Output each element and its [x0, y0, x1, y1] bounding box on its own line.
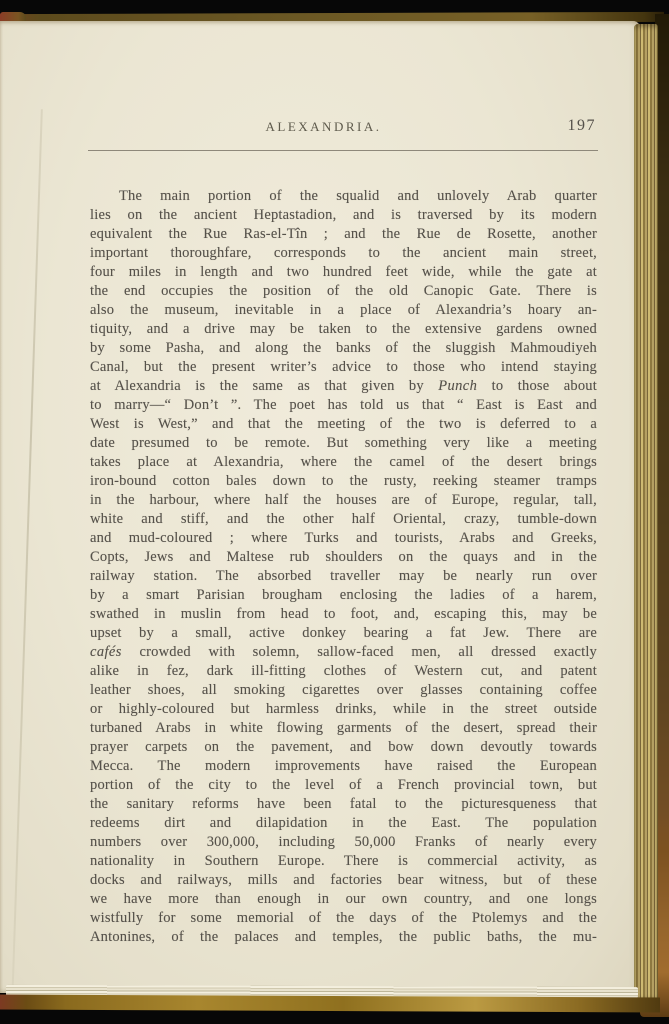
- text-line: Mecca. The modern improvements have rais…: [90, 757, 597, 776]
- text-line: in the harbour, where half the houses ar…: [90, 491, 597, 510]
- text-line: nationality in Southern Europe. There is…: [90, 852, 597, 871]
- page-crease-line: [11, 109, 43, 1005]
- text-line: iron-bound cotton bales down to the rust…: [90, 472, 597, 491]
- text-line: at Alexandria is the same as that given …: [90, 377, 597, 396]
- text-line: the sanitary reforms have been fatal to …: [90, 795, 597, 814]
- text-line: and mud-coloured ; where Turks and touri…: [90, 529, 597, 548]
- text-line: leather shoes, all smoking cigarettes ov…: [90, 681, 597, 700]
- text-line: Canal, but the present writer’s advice t…: [90, 358, 597, 377]
- text-line: Copts, Jews and Maltese rub shoulders on…: [90, 548, 597, 567]
- text-line: Antonines, of the palaces and temples, t…: [90, 928, 597, 947]
- text-line: docks and railways, mills and factories …: [90, 871, 597, 890]
- text-line: or highly-coloured but harmless drinks, …: [90, 700, 597, 719]
- text-line: the end occupies the position of the old…: [90, 282, 597, 301]
- chapter-running-title: ALEXANDRIA.: [70, 119, 577, 135]
- text-line: four miles in length and two hundred fee…: [90, 263, 597, 282]
- text-line: we have more than enough in our own coun…: [90, 890, 597, 909]
- text-line: white and stiff, and the other half Orie…: [90, 510, 597, 529]
- text-line: equivalent the Rue Ras-el-Tîn ; and the …: [90, 225, 597, 244]
- running-header: ALEXANDRIA. 197: [90, 117, 597, 141]
- text-line: date presumed to be remote. But somethin…: [90, 434, 597, 453]
- header-rule: [88, 150, 598, 151]
- text-line: takes place at Alexandria, where the cam…: [90, 453, 597, 472]
- text-line: turbaned Arabs in white flowing garments…: [90, 719, 597, 738]
- text-line: numbers over 300,000, including 50,000 F…: [90, 833, 597, 852]
- text-line: cafés crowded with solemn, sallow-faced …: [90, 643, 597, 662]
- text-line: also the museum, inevitable in a place o…: [90, 301, 597, 320]
- page-content: ALEXANDRIA. 197 The main portion of the …: [90, 117, 597, 947]
- text-line: upset by a small, active donkey bearing …: [90, 624, 597, 643]
- book-fore-edge-pages: [634, 24, 658, 1002]
- text-line: alike in fez, dark ill-fitting clothes o…: [90, 662, 597, 681]
- text-line: by some Pasha, and along the banks of th…: [90, 339, 597, 358]
- page-text: The main portion of the squalid and unlo…: [90, 187, 597, 947]
- text-line: by a smart Parisian brougham enclosing t…: [90, 586, 597, 605]
- text-line: lies on the ancient Heptastadion, and is…: [90, 206, 597, 225]
- book-page: ALEXANDRIA. 197 The main portion of the …: [0, 21, 640, 993]
- page-number: 197: [568, 117, 597, 135]
- text-line: tiquity, and a drive may be taken to the…: [90, 320, 597, 339]
- book-bottom-cover-edge: [0, 995, 660, 1013]
- text-line: important thoroughfare, corresponds to t…: [90, 244, 597, 263]
- text-line: to marry—“ Don’t ”. The poet has told us…: [90, 396, 597, 415]
- text-line: redeems dirt and dilapidation in the Eas…: [90, 814, 597, 833]
- scanned-book-photo: ALEXANDRIA. 197 The main portion of the …: [0, 0, 669, 1024]
- text-line: West is West,” and that the meeting of t…: [90, 415, 597, 434]
- text-line: The main portion of the squalid and unlo…: [90, 187, 597, 206]
- text-line: swathed in muslin from head to foot, and…: [90, 605, 597, 624]
- text-line: railway station. The absorbed traveller …: [90, 567, 597, 586]
- text-line: portion of the city to the level of a Fr…: [90, 776, 597, 795]
- text-line: wistfully for some memorial of the days …: [90, 909, 597, 928]
- text-line: prayer carpets on the pavement, and bow …: [90, 738, 597, 757]
